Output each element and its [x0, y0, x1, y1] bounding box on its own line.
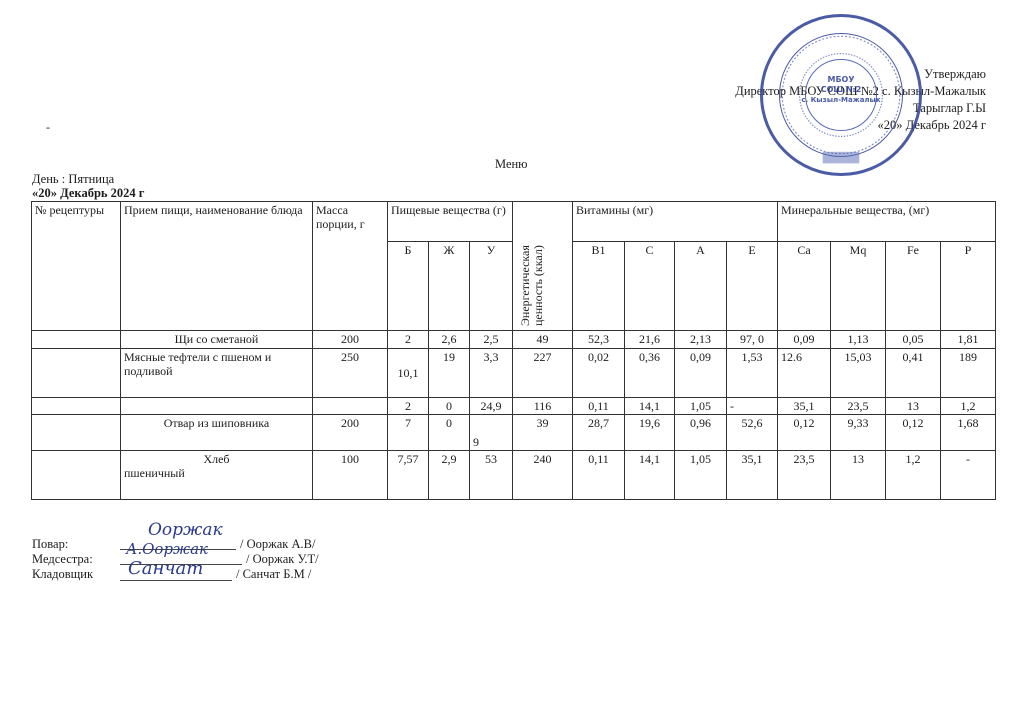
- header-b1: B1: [573, 242, 625, 331]
- cell-ca: 23,5: [778, 451, 831, 500]
- cell-dish: Мясные тефтели с пшеном и подливой: [121, 349, 313, 398]
- cell-mass: 250: [313, 349, 388, 398]
- cell-p: 1,2: [941, 398, 996, 415]
- stamp-center: МБОУ СОШ №2 с. Кызыл-Мажалык: [763, 75, 919, 105]
- signature-line-storekeeper: [120, 580, 232, 581]
- cell-c: 21,6: [625, 331, 675, 349]
- cell-fe: 0,41: [886, 349, 941, 398]
- cell-b1: 0,11: [573, 398, 625, 415]
- table-row: Отвар из шиповника 200 7 0 9 39 28,7 19,…: [32, 415, 996, 451]
- header-recipe-no: № рецептуры: [32, 202, 121, 331]
- date-label: «20» Декабрь 2024 г: [32, 186, 144, 201]
- cell-fat: 2,6: [429, 331, 470, 349]
- cell-carbs: 2,5: [470, 331, 513, 349]
- handwritten-signature-cook: Ооржак: [148, 520, 223, 540]
- cell-e: -: [727, 398, 778, 415]
- table-row: Хлеб пшеничный 100 7,57 2,9 53 240 0,11 …: [32, 451, 996, 500]
- header-carbs: У: [470, 242, 513, 331]
- cell-fat: 0: [429, 415, 470, 451]
- cell-protein: 10,1: [388, 349, 429, 398]
- cell-mass: [313, 398, 388, 415]
- cell-dish-line2: пшеничный: [124, 466, 309, 480]
- cell-recipe-no: [32, 398, 121, 415]
- header-fat: Ж: [429, 242, 470, 331]
- cell-e: 1,53: [727, 349, 778, 398]
- header-minerals: Минеральные вещества, (мг): [778, 202, 996, 242]
- cell-p: -: [941, 451, 996, 500]
- header-c: C: [625, 242, 675, 331]
- menu-table: № рецептуры Прием пищи, наименование блю…: [31, 201, 996, 500]
- header-e: E: [727, 242, 778, 331]
- cell-dish: [121, 398, 313, 415]
- cell-dish: Хлеб пшеничный: [121, 451, 313, 500]
- table-row: Мясные тефтели с пшеном и подливой 250 1…: [32, 349, 996, 398]
- cell-e: 52,6: [727, 415, 778, 451]
- header-protein: Б: [388, 242, 429, 331]
- header-energy: Энергетическая ценность (ккал): [519, 208, 545, 326]
- cell-fe: 1,2: [886, 451, 941, 500]
- cell-c: 19,6: [625, 415, 675, 451]
- cell-b1: 52,3: [573, 331, 625, 349]
- cell-protein: 2: [388, 398, 429, 415]
- header-a: A: [675, 242, 727, 331]
- cell-mq: 23,5: [831, 398, 886, 415]
- cell-mass: 100: [313, 451, 388, 500]
- cell-e: 97, 0: [727, 331, 778, 349]
- cell-fe: 13: [886, 398, 941, 415]
- cell-c: 0,36: [625, 349, 675, 398]
- signature-name-nurse: / Ооржак У.Т/: [246, 552, 319, 567]
- cell-p: 189: [941, 349, 996, 398]
- cell-dish-line1: Хлеб: [124, 452, 309, 466]
- header-vitamins: Витамины (мг): [573, 202, 778, 242]
- cell-recipe-no: [32, 349, 121, 398]
- signature-role-storekeeper: Кладовщик: [32, 567, 93, 582]
- cell-p: 1,81: [941, 331, 996, 349]
- cell-energy: 227: [513, 349, 573, 398]
- handwritten-signature-nurse: А.Ооржак: [126, 540, 208, 558]
- cell-a: 0,96: [675, 415, 727, 451]
- header-fe: Fe: [886, 242, 941, 331]
- day-label: День : Пятница: [32, 172, 114, 187]
- cell-a: 2,13: [675, 331, 727, 349]
- header-mq: Mq: [831, 242, 886, 331]
- cell-carbs: 53: [470, 451, 513, 500]
- stamp-center-line2: СОШ №2: [763, 85, 919, 95]
- cell-mass: 200: [313, 331, 388, 349]
- cell-energy: 240: [513, 451, 573, 500]
- cell-recipe-no: [32, 331, 121, 349]
- cell-mq: 13: [831, 451, 886, 500]
- cell-c: 14,1: [625, 451, 675, 500]
- header-row-1: № рецептуры Прием пищи, наименование блю…: [32, 202, 996, 242]
- cell-energy: 39: [513, 415, 573, 451]
- cell-protein: 7: [388, 415, 429, 451]
- cell-mq: 15,03: [831, 349, 886, 398]
- header-p: P: [941, 242, 996, 331]
- table-row: Щи со сметаной 200 2 2,6 2,5 49 52,3 21,…: [32, 331, 996, 349]
- cell-carbs: 9: [470, 415, 513, 451]
- document-title: Меню: [495, 157, 528, 172]
- header-energy-cell: Энергетическая ценность (ккал): [513, 202, 573, 331]
- cell-mq: 1,13: [831, 331, 886, 349]
- signature-name-storekeeper: / Санчат Б.М /: [236, 567, 311, 582]
- cell-energy: 49: [513, 331, 573, 349]
- cell-ca: 0,09: [778, 331, 831, 349]
- stamp-center-line3: с. Кызыл-Мажалык: [763, 95, 919, 105]
- signature-role-nurse: Медсестра:: [32, 552, 93, 567]
- cell-ca: 35,1: [778, 398, 831, 415]
- cell-dish: Отвар из шиповника: [121, 415, 313, 451]
- cell-recipe-no: [32, 415, 121, 451]
- cell-dish: Щи со сметаной: [121, 331, 313, 349]
- cell-fe: 0,05: [886, 331, 941, 349]
- cell-mass: 200: [313, 415, 388, 451]
- cell-a: 0,09: [675, 349, 727, 398]
- cell-carbs: 3,3: [470, 349, 513, 398]
- cell-protein: 7,57: [388, 451, 429, 500]
- cell-fe: 0,12: [886, 415, 941, 451]
- cell-fat: 0: [429, 398, 470, 415]
- cell-e: 35,1: [727, 451, 778, 500]
- stamp-center-line1: МБОУ: [763, 75, 919, 85]
- header-dish: Прием пищи, наименование блюда: [121, 202, 313, 331]
- header-nutrients: Пищевые вещества (г): [388, 202, 513, 242]
- table-row: 2 0 24,9 116 0,11 14,1 1,05 - 35,1 23,5 …: [32, 398, 996, 415]
- cell-protein: 2: [388, 331, 429, 349]
- handwritten-signature-storekeeper: Санчат: [128, 558, 203, 579]
- header-ca: Ca: [778, 242, 831, 331]
- cell-energy: 116: [513, 398, 573, 415]
- signature-name-cook: / Ооржак А.В/: [240, 537, 315, 552]
- cell-recipe-no: [32, 451, 121, 500]
- signature-role-cook: Повар:: [32, 537, 68, 552]
- cell-ca: 0,12: [778, 415, 831, 451]
- cell-b1: 28,7: [573, 415, 625, 451]
- cell-b1: 0,11: [573, 451, 625, 500]
- cell-p: 1,68: [941, 415, 996, 451]
- cell-c: 14,1: [625, 398, 675, 415]
- cell-a: 1,05: [675, 451, 727, 500]
- cell-a: 1,05: [675, 398, 727, 415]
- stray-mark: -: [46, 120, 50, 135]
- cell-carbs: 24,9: [470, 398, 513, 415]
- cell-mq: 9,33: [831, 415, 886, 451]
- cell-fat: 19: [429, 349, 470, 398]
- cell-b1: 0,02: [573, 349, 625, 398]
- cell-ca: 12.6: [778, 349, 831, 398]
- school-stamp: МБОУ СОШ №2 с. Кызыл-Мажалык: [760, 14, 922, 176]
- header-mass: Масса порции, г: [313, 202, 388, 331]
- cell-fat: 2,9: [429, 451, 470, 500]
